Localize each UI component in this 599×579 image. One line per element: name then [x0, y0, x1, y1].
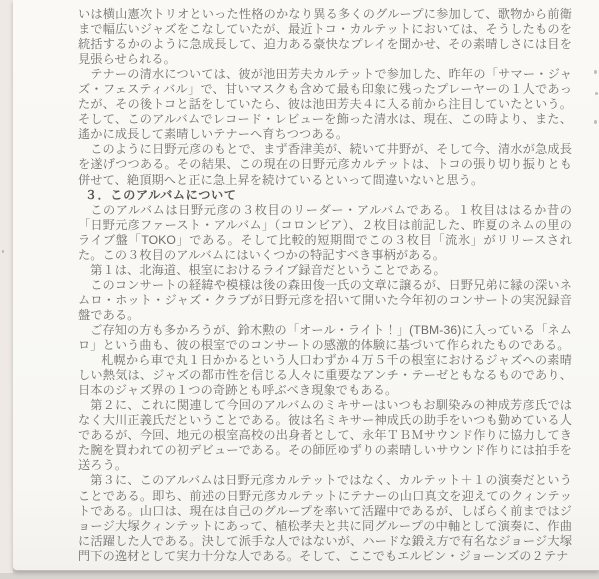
paragraph-point2-mixer-okawa: 第２に、これに関連して今回のアルバムのミキサーはいつもお馴染みの神成芳彦氏ではな…	[78, 398, 572, 473]
scan-noise-speck	[2, 250, 4, 253]
scan-noise-speck	[595, 92, 598, 95]
paragraph-point1-live-recording: 第１は、北海道、根室におけるライブ録音だということである。	[78, 263, 572, 278]
scan-noise-speck	[594, 70, 597, 74]
paragraph-nemuro-enthusiasm: 札幌から車で丸１日かかるという人口わずか４万５千の根室におけるジャズへの素晴しい…	[78, 353, 572, 398]
paragraph-tenor-shimizu: テナーの清水については、彼が池田芳夫カルテットで参加した、昨年の「サマー・ジャズ…	[78, 67, 572, 142]
paragraph-quartet-growth: このように日野元彦のもとで、まず香津美が、続いて井野が、そして今、清水が急成長を…	[78, 142, 572, 187]
scanned-liner-notes-page: { "document": { "language": "ja", "kind"…	[0, 0, 599, 579]
paragraph-point3-quartet-plus-one: 第３に、このアルバムは日野元彦カルテットではなく、カルテット＋１の演奏だというこ…	[78, 473, 572, 563]
paragraph-nemuro-hot-jazz-club: このコンサートの経緯や模様は後の森田俊一氏の文章に譲るが、日野兄弟に縁の深いネム…	[78, 278, 572, 323]
paragraph-third-leader-album: このアルバムは日野元彦の３枚目のリーダー・アルバムである。１枚目ははるか昔の「日…	[78, 203, 572, 263]
section-heading-about-this-album: ３．このアルバムについて	[78, 188, 572, 203]
adjacent-page-edge	[0, 0, 13, 573]
paragraph-all-right-tbm36: ご存知の方も多かろうが、鈴木勲の「オール・ライト！」(TBM-36)に入っている…	[78, 323, 572, 353]
liner-notes-text-column: いは横山憲次トリオといった性格のかなり異る多くのグループに参加して、歌物から前衛…	[78, 7, 572, 564]
paragraph-group-membership-continuation: いは横山憲次トリオといった性格のかなり異る多くのグループに参加して、歌物から前衛…	[78, 7, 572, 67]
scanned-paper-sheet: いは横山憲次トリオといった性格のかなり異る多くのグループに参加して、歌物から前衛…	[13, 0, 599, 571]
scan-noise-speck	[594, 120, 597, 124]
